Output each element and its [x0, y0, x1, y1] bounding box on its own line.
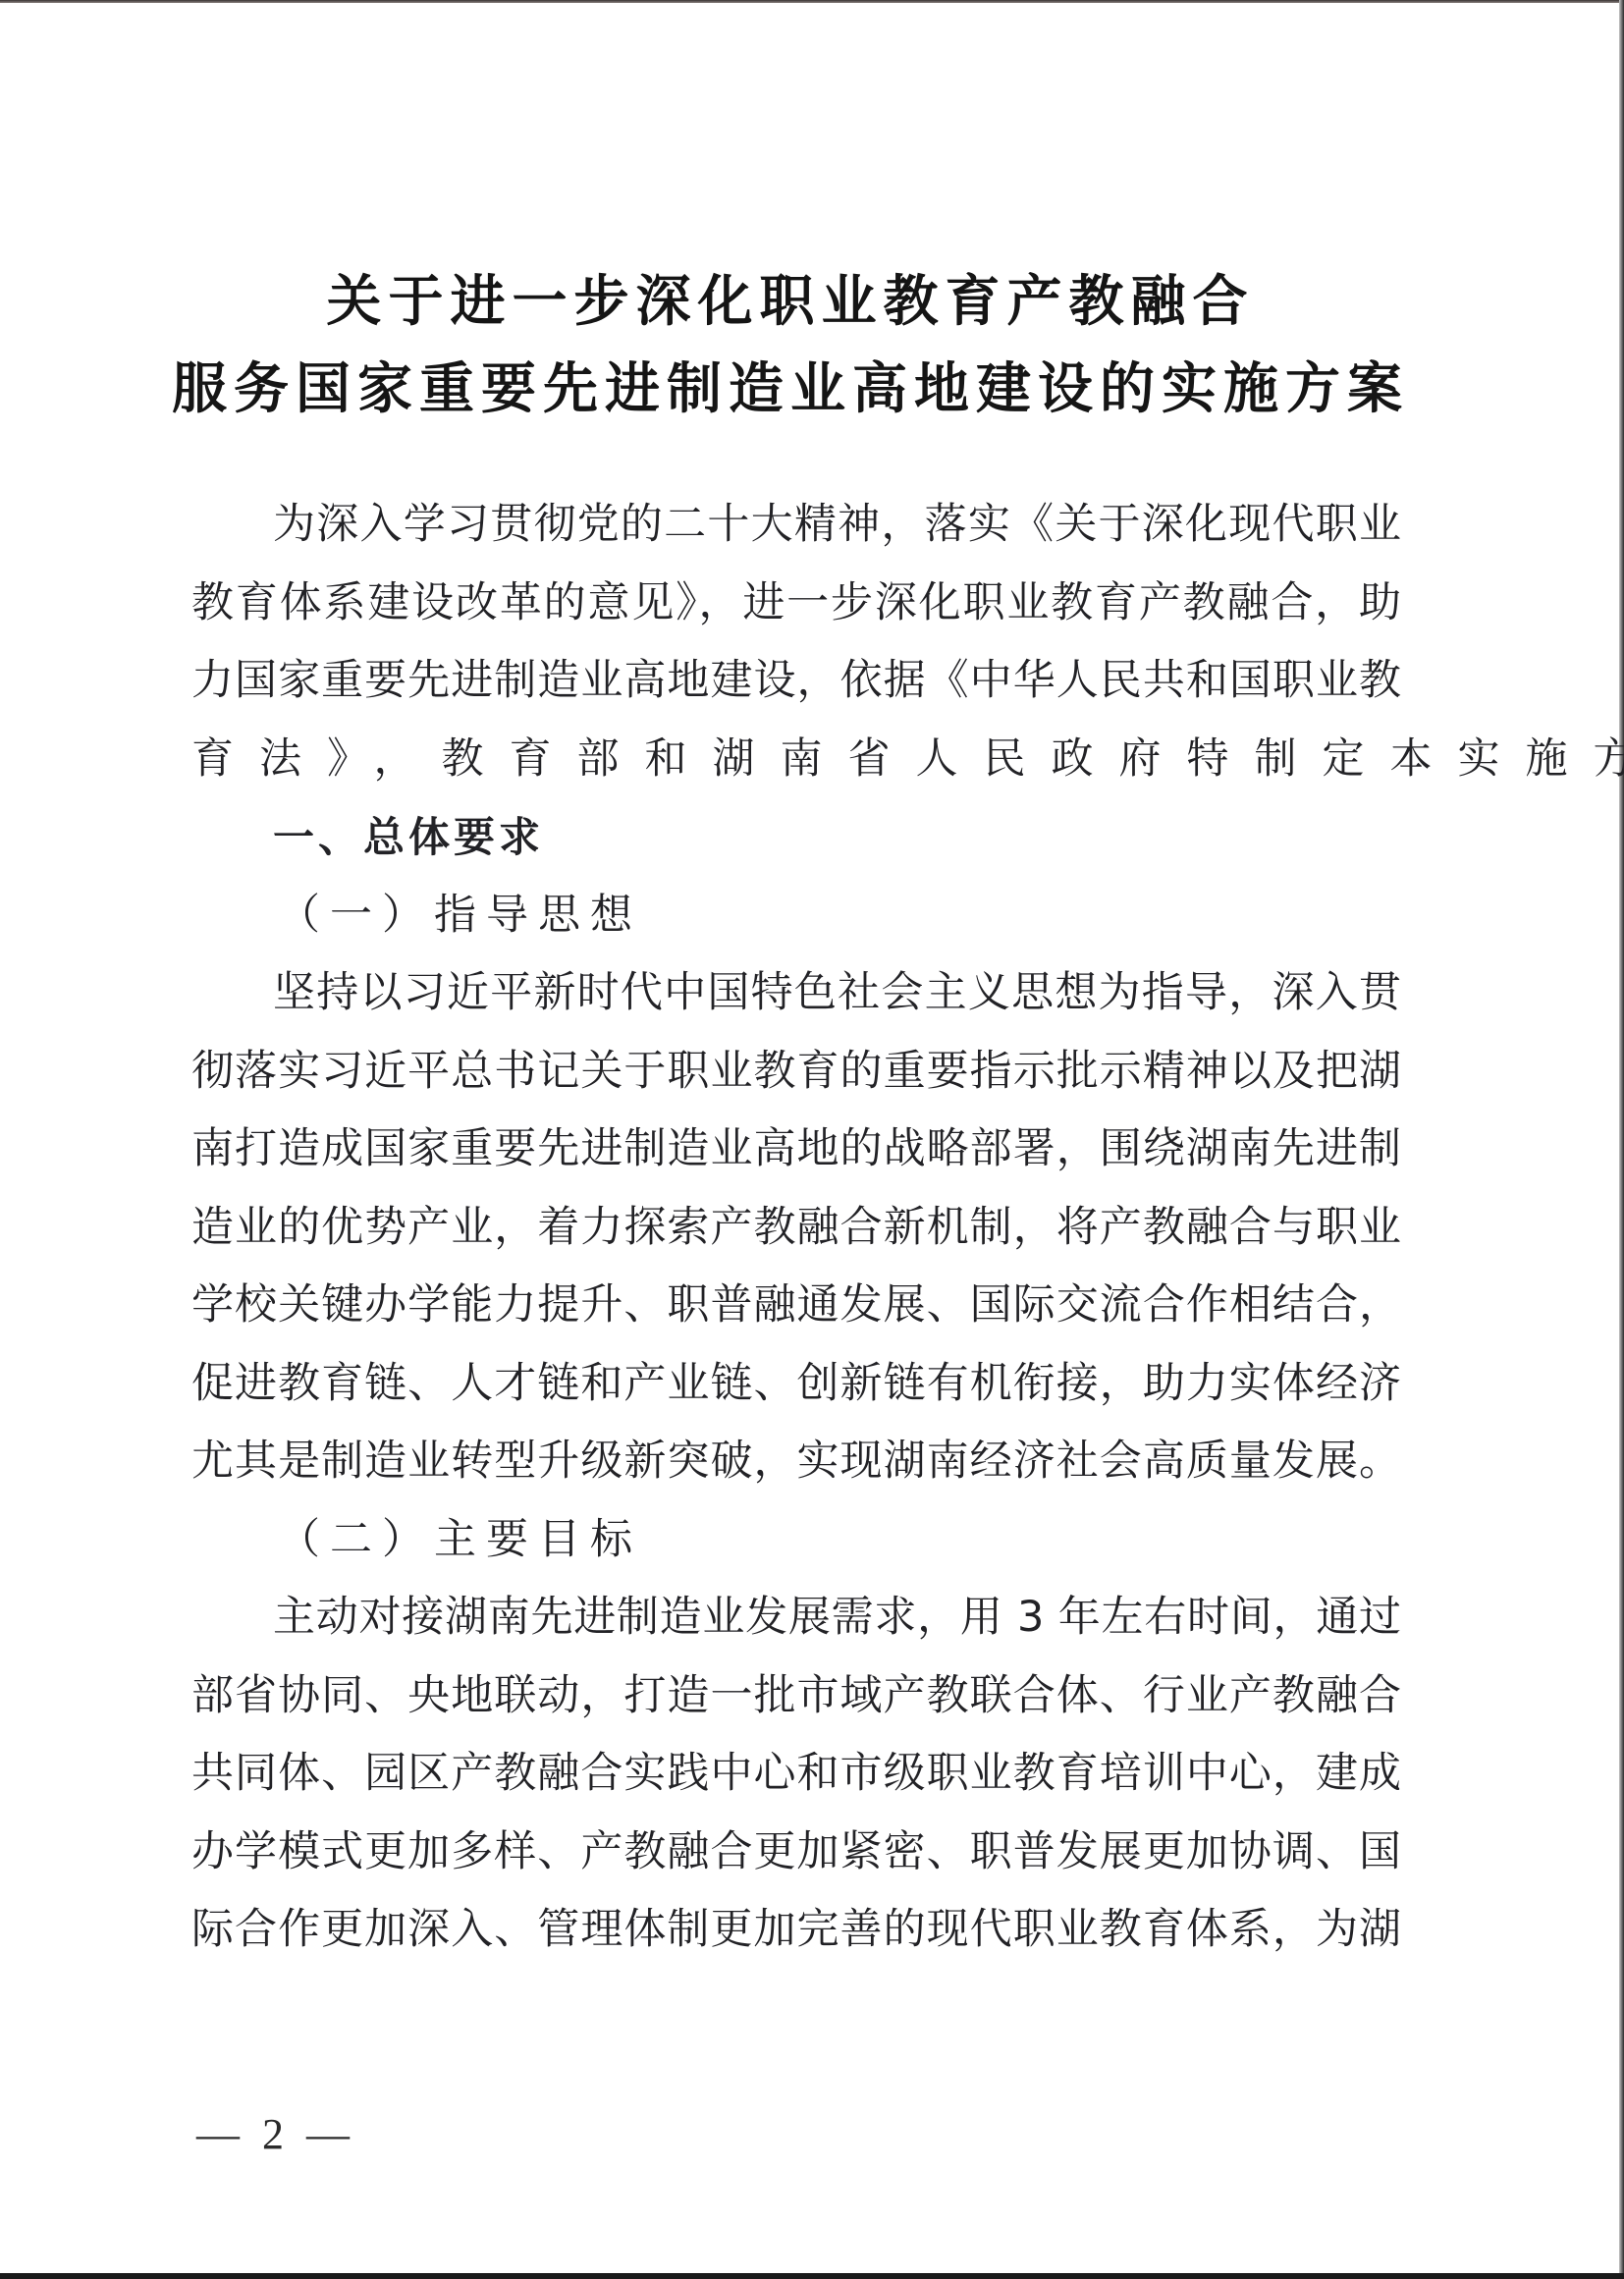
- paragraph-line: 学校关键办学能力提升、职普融通发展、国际交流合作相结合，: [191, 1267, 1401, 1345]
- scan-top-edge: [0, 0, 1624, 3]
- document-title: 关于进一步深化职业教育产教融合 服务国家重要先进制造业高地建设的实施方案: [0, 258, 1581, 433]
- paragraph-line: 尤其是制造业转型升级新突破，实现湖南经济社会高质量发展。: [191, 1423, 1401, 1501]
- preamble-paragraph: 为深入学习贯彻党的二十大精神，落实《关于深化现代职业 教育体系建设改革的意见》，…: [191, 486, 1401, 798]
- paragraph-line: 教育体系建设改革的意见》，进一步深化职业教育产教融合，助: [191, 565, 1401, 643]
- paragraph-line: 部省协同、央地联动，打造一批市域产教联合体、行业产教融合: [191, 1657, 1401, 1736]
- paragraph-line: 造业的优势产业，着力探索产教融合新机制，将产教融合与职业: [191, 1189, 1401, 1268]
- scan-right-edge: [1619, 0, 1624, 2279]
- paragraph-line: 际合作更加深入、管理体制更加完善的现代职业教育体系，为湖: [191, 1891, 1401, 1970]
- section-heading-general-requirements: 一、总体要求: [191, 798, 1401, 877]
- page-number: — 2 —: [196, 2109, 355, 2159]
- paragraph-line: 主动对接湖南先进制造业发展需求，用 3 年左右时间，通过: [191, 1579, 1401, 1657]
- paragraph-line: 办学模式更加多样、产教融合更加紧密、职普发展更加协调、国: [191, 1814, 1401, 1892]
- title-line-1: 关于进一步深化职业教育产教融合: [0, 258, 1581, 346]
- paragraph-line: 坚持以习近平新时代中国特色社会主义思想为指导，深入贯: [191, 954, 1401, 1033]
- guiding-ideology-paragraph: 坚持以习近平新时代中国特色社会主义思想为指导，深入贯 彻落实习近平总书记关于职业…: [191, 954, 1401, 1501]
- subsection-heading-guiding-ideology: （一）指导思想: [191, 877, 1401, 955]
- paragraph-line: 共同体、园区产教融合实践中心和市级职业教育培训中心，建成: [191, 1735, 1401, 1814]
- title-line-2: 服务国家重要先进制造业高地建设的实施方案: [0, 346, 1581, 433]
- paragraph-line: 为深入学习贯彻党的二十大精神，落实《关于深化现代职业: [191, 486, 1401, 565]
- paragraph-line: 育法》，教育部和湖南省人民政府特制定本实施方案。: [191, 721, 1401, 799]
- paragraph-line: 力国家重要先进制造业高地建设，依据《中华人民共和国职业教: [191, 642, 1401, 721]
- subsection-heading-main-goals: （二）主要目标: [191, 1501, 1401, 1580]
- scan-bottom-edge: [0, 2273, 1624, 2279]
- document-body: 为深入学习贯彻党的二十大精神，落实《关于深化现代职业 教育体系建设改革的意见》，…: [191, 486, 1401, 1970]
- paragraph-line: 彻落实习近平总书记关于职业教育的重要指示批示精神以及把湖: [191, 1033, 1401, 1112]
- main-goals-paragraph: 主动对接湖南先进制造业发展需求，用 3 年左右时间，通过 部省协同、央地联动，打…: [191, 1579, 1401, 1970]
- paragraph-line: 促进教育链、人才链和产业链、创新链有机衔接，助力实体经济: [191, 1345, 1401, 1424]
- paragraph-line: 南打造成国家重要先进制造业高地的战略部署，围绕湖南先进制: [191, 1111, 1401, 1189]
